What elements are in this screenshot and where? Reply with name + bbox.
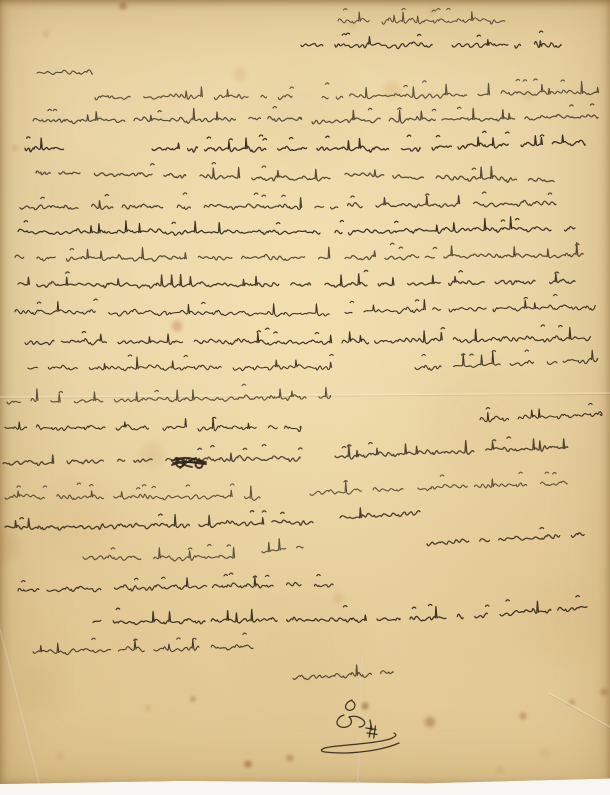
body-line-7 (15, 243, 583, 262)
body-line-5 (20, 192, 556, 210)
body-line-6 (18, 217, 575, 236)
body-line-13 (5, 403, 602, 431)
body-line-10 (25, 325, 590, 345)
vertical-fold-shadow (358, 659, 362, 783)
body-line-20 (33, 633, 253, 654)
body-line-15 (5, 472, 567, 500)
body-line-19 (93, 596, 587, 625)
body-line-18 (18, 573, 333, 592)
body-line-2 (33, 104, 598, 124)
body-line-17 (83, 539, 303, 561)
body-line-8 (18, 270, 575, 288)
header-line (338, 8, 505, 24)
signature-flourish (369, 725, 371, 737)
signature-flourish (374, 726, 376, 738)
body-line-4 (36, 163, 554, 183)
signature-flourish (367, 733, 377, 735)
body-line-11 (28, 350, 598, 371)
signature-flourish (345, 700, 354, 710)
body-line-14 (3, 437, 568, 466)
body-line-3 (25, 131, 585, 152)
closing-line (293, 665, 393, 680)
body-line-9 (15, 294, 595, 316)
body-line-16 (5, 508, 584, 546)
corner-fold-shadow (549, 694, 610, 728)
body-line-12 (7, 384, 331, 404)
scanned-letter-page (0, 0, 610, 795)
salutation-line (37, 70, 92, 75)
body-line-1 (95, 79, 599, 100)
date-line (301, 31, 561, 49)
corner-fold (549, 693, 610, 727)
handwriting-layer (0, 0, 610, 784)
